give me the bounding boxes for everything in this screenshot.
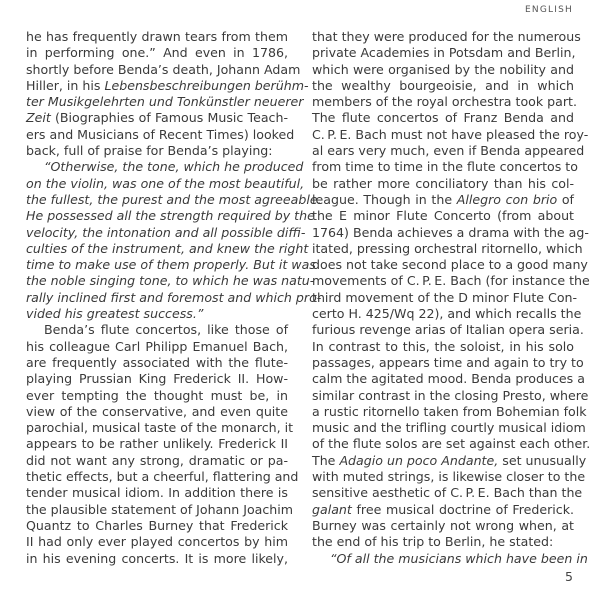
text-line: Hiller, in his Lebensbeschreibungen berü… (26, 78, 288, 94)
text-span: movements of C. P. E. Bach (for instance… (312, 273, 590, 288)
text-span: Hiller, in his (26, 78, 104, 93)
text-line: the plausible statement of Johann Joachi… (26, 502, 288, 518)
text-line: league. Though in the Allegro con brio o… (312, 192, 574, 208)
text-span: certo H. 425/Wq 22), and which recalls t… (312, 306, 581, 321)
text-span: 1764) Benda achieves a drama with the ag… (312, 225, 589, 240)
text-span: the end of his trip to Berlin, he stated… (312, 534, 553, 549)
text-span: members of the royal orchestra took part… (312, 94, 577, 109)
text-span: shortly before Benda’s death, Johann Ada… (26, 62, 300, 77)
text-span: The (312, 453, 339, 468)
text-line: furious revenge arias of Italian opera s… (312, 322, 574, 338)
italic-text: Lebensbeschreibungen berühm- (104, 78, 308, 93)
text-span: Benda’s flute concertos, like those of (44, 322, 288, 337)
text-span: with muted strings, is likewise closer t… (312, 469, 585, 484)
text-span: a rustic ritornello taken from Bohemian … (312, 404, 587, 419)
text-line: be rather more conciliatory than his col… (312, 176, 574, 192)
text-line: with muted strings, is likewise closer t… (312, 469, 574, 485)
right-text-column: that they were produced for the numerous… (312, 29, 574, 567)
text-line: members of the royal orchestra took part… (312, 94, 574, 110)
italic-text: culties of the instrument, and knew the … (26, 241, 308, 256)
text-line: Quantz to Charles Burney that Frederick (26, 518, 288, 534)
text-line: itated, pressing orchestral ritornello, … (312, 241, 574, 257)
text-line: certo H. 425/Wq 22), and which recalls t… (312, 306, 574, 322)
text-span: music and the trifling courtly musical i… (312, 420, 586, 435)
text-span: back, full of praise for Benda’s playing… (26, 143, 273, 158)
text-line: culties of the instrument, and knew the … (26, 241, 288, 257)
text-line: shortly before Benda’s death, Johann Ada… (26, 62, 288, 78)
text-line: al ears very much, even if Benda appeare… (312, 143, 574, 159)
text-line: “Otherwise, the tone, which he produced (26, 159, 288, 175)
text-span: that they were produced for the numerous (312, 29, 581, 44)
text-line: are frequently associated with the flute… (26, 355, 288, 371)
text-span: his colleague Carl Philipp Emanuel Bach, (26, 339, 288, 354)
text-line: appears to be rather unlikely. Frederick… (26, 436, 288, 452)
text-line: the noble singing tone, to which he was … (26, 273, 288, 289)
italic-text: ter Musikgelehrten und Tonkünstler neuer… (26, 94, 303, 109)
text-span: al ears very much, even if Benda appeare… (312, 143, 584, 158)
italic-text: Zeit (26, 110, 51, 125)
text-line: view of the conservative, and even quite (26, 404, 288, 420)
text-span: playing Prussian King Frederick II. How- (26, 371, 288, 386)
text-line: thetic effects, but a cheerful, flatteri… (26, 469, 288, 485)
text-span: C. P. E. Bach must not have pleased the … (312, 127, 588, 142)
italic-text: “Otherwise, the tone, which he produced (44, 159, 303, 174)
text-span: view of the conservative, and even quite (26, 404, 288, 419)
text-span: the wealthy bourgeoisie, and in which (312, 78, 574, 93)
text-span: the plausible statement of Johann Joachi… (26, 502, 293, 517)
text-line: of the flute solos are set against each … (312, 436, 574, 452)
italic-text: He possessed all the strength required b… (26, 208, 315, 223)
text-line: in his evening concerts. It is more like… (26, 551, 288, 567)
page-number: 5 (565, 569, 573, 584)
text-line: he has frequently drawn tears from them (26, 29, 288, 45)
text-span: II had only ever played concertos by him (26, 534, 288, 549)
text-span: he has frequently drawn tears from them (26, 29, 288, 44)
text-line: galant free musical doctrine of Frederic… (312, 502, 574, 518)
text-line: Benda’s flute concertos, like those of (26, 322, 288, 338)
text-span: ever tempting the thought must be, in (26, 388, 288, 403)
italic-text: vided his greatest success.” (26, 306, 203, 321)
text-line: sensitive aesthetic of C. P. E. Bach tha… (312, 485, 574, 501)
text-span: (Biographies of Famous Music Teach- (51, 110, 288, 125)
text-span: tender musical idiom. In addition there … (26, 485, 288, 500)
text-line: which were organised by the nobility and (312, 62, 574, 78)
italic-text: “Of all the musicians which have been in (330, 551, 588, 566)
text-line: the E minor Flute Concerto (from about (312, 208, 574, 224)
italic-text: the fullest, the purest and the most agr… (26, 192, 322, 207)
text-line: rally inclined first and foremost and wh… (26, 290, 288, 306)
text-line: ter Musikgelehrten und Tonkünstler neuer… (26, 94, 288, 110)
text-line: parochial, musical taste of the monarch,… (26, 420, 288, 436)
text-span: did not want any strong, dramatic or pa- (26, 453, 288, 468)
italic-text: galant (312, 502, 352, 517)
text-line: does not take second place to a good man… (312, 257, 574, 273)
text-span: ers and Musicians of Recent Times) looke… (26, 127, 294, 142)
text-line: tender musical idiom. In addition there … (26, 485, 288, 501)
text-line: vided his greatest success.” (26, 306, 288, 322)
italic-text: time to make use of them properly. But i… (26, 257, 316, 272)
text-span: in his evening concerts. It is more like… (26, 551, 288, 566)
text-line: on the violin, was one of the most beaut… (26, 176, 288, 192)
text-span: Quantz to Charles Burney that Frederick (26, 518, 288, 533)
text-line: the end of his trip to Berlin, he stated… (312, 534, 574, 550)
text-line: 1764) Benda achieves a drama with the ag… (312, 225, 574, 241)
text-line: The Adagio un poco Andante, set unusuall… (312, 453, 574, 469)
text-line: ers and Musicians of Recent Times) looke… (26, 127, 288, 143)
italic-text: Adagio un poco Andante, (339, 453, 498, 468)
text-line: the fullest, the purest and the most agr… (26, 192, 288, 208)
text-span: does not take second place to a good man… (312, 257, 588, 272)
text-line: He possessed all the strength required b… (26, 208, 288, 224)
text-span: third movement of the D minor Flute Con- (312, 290, 577, 305)
text-span: league. Though in the (312, 192, 457, 207)
text-span: sensitive aesthetic of C. P. E. Bach tha… (312, 485, 582, 500)
text-span: parochial, musical taste of the monarch,… (26, 420, 293, 435)
text-span: The flute concertos of Franz Benda and (312, 110, 574, 125)
text-line: The flute concertos of Franz Benda and (312, 110, 574, 126)
text-span: similar contrast in the closing Presto, … (312, 388, 588, 403)
italic-text: on the violin, was one of the most beaut… (26, 176, 304, 191)
text-line: time to make use of them properly. But i… (26, 257, 288, 273)
text-line: third movement of the D minor Flute Con- (312, 290, 574, 306)
text-line: In contrast to this, the soloist, in his… (312, 339, 574, 355)
text-line: from time to time in the flute concertos… (312, 159, 574, 175)
italic-text: the noble singing tone, to which he was … (26, 273, 314, 288)
text-line: Burney was certainly not wrong when, at (312, 518, 574, 534)
text-span: which were organised by the nobility and (312, 62, 574, 77)
italic-text: velocity, the intonation and all possibl… (26, 225, 305, 240)
text-span: In contrast to this, the soloist, in his… (312, 339, 574, 354)
text-span: passages, appears time and again to try … (312, 355, 584, 370)
text-line: his colleague Carl Philipp Emanuel Bach, (26, 339, 288, 355)
text-line: private Academies in Potsdam and Berlin, (312, 45, 574, 61)
text-line: velocity, the intonation and all possibl… (26, 225, 288, 241)
text-line: did not want any strong, dramatic or pa- (26, 453, 288, 469)
text-line: in performing one.” And even in 1786, (26, 45, 288, 61)
text-span: set unusually (498, 453, 586, 468)
text-span: free musical doctrine of Frederick. (352, 502, 574, 517)
text-span: calm the agitated mood. Benda produces a (312, 371, 585, 386)
text-span: Burney was certainly not wrong when, at (312, 518, 574, 533)
text-line: that they were produced for the numerous (312, 29, 574, 45)
italic-text: Allegro con brio (457, 192, 558, 207)
left-text-column: he has frequently drawn tears from themi… (26, 29, 288, 567)
text-line: music and the trifling courtly musical i… (312, 420, 574, 436)
text-span: from time to time in the flute concertos… (312, 159, 578, 174)
text-line: back, full of praise for Benda’s playing… (26, 143, 288, 159)
text-line: a rustic ritornello taken from Bohemian … (312, 404, 574, 420)
text-line: the wealthy bourgeoisie, and in which (312, 78, 574, 94)
text-line: ever tempting the thought must be, in (26, 388, 288, 404)
text-span: furious revenge arias of Italian opera s… (312, 322, 584, 337)
text-line: “Of all the musicians which have been in (312, 551, 574, 567)
text-span: appears to be rather unlikely. Frederick… (26, 436, 288, 451)
text-line: playing Prussian King Frederick II. How- (26, 371, 288, 387)
text-line: Zeit (Biographies of Famous Music Teach- (26, 110, 288, 126)
text-line: calm the agitated mood. Benda produces a (312, 371, 574, 387)
text-span: thetic effects, but a cheerful, flatteri… (26, 469, 298, 484)
text-span: the E minor Flute Concerto (from about (312, 208, 574, 223)
text-span: of (557, 192, 574, 207)
text-span: of the flute solos are set against each … (312, 436, 590, 451)
text-line: similar contrast in the closing Presto, … (312, 388, 574, 404)
text-line: passages, appears time and again to try … (312, 355, 574, 371)
text-span: be rather more conciliatory than his col… (312, 176, 574, 191)
text-line: II had only ever played concertos by him (26, 534, 288, 550)
text-span: are frequently associated with the flute… (26, 355, 288, 370)
text-span: in performing one.” And even in 1786, (26, 45, 288, 60)
text-line: C. P. E. Bach must not have pleased the … (312, 127, 574, 143)
italic-text: rally inclined first and foremost and wh… (26, 290, 321, 305)
text-line: movements of C. P. E. Bach (for instance… (312, 273, 574, 289)
text-span: itated, pressing orchestral ritornello, … (312, 241, 583, 256)
text-span: private Academies in Potsdam and Berlin, (312, 45, 575, 60)
language-header: ENGLISH (525, 5, 573, 15)
